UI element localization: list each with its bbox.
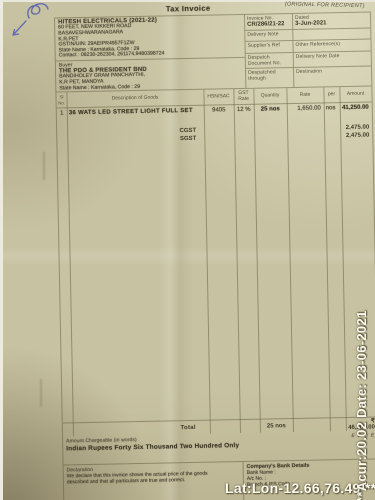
meta-label: Delivery Note — [247, 31, 290, 38]
declaration-block: Declaration We declare that this invoice… — [64, 462, 245, 500]
item-amount: 41,250.00 — [340, 104, 372, 111]
invoice-date: 3-Jun-2021 — [295, 20, 368, 28]
items-table: Sl No. Description of Goods HSN/SAC GST … — [55, 86, 375, 436]
item-quantity: 25 nos — [254, 106, 287, 113]
invoice-number: CR/286/21-22 — [247, 21, 290, 28]
meta-label: Despatched through — [248, 69, 291, 82]
pen-arrow-mark — [7, 19, 29, 41]
col-header-quantity: Quantity — [253, 93, 286, 99]
meta-label: Other Reference(s) — [295, 40, 368, 47]
col-header-hsn: HSN/SAC — [203, 94, 233, 100]
seller-block: HITESH ELECTRICALS (2021-22) 60 FEET, NE… — [55, 15, 245, 62]
meta-row: Despatched through Destination — [246, 66, 371, 88]
meta-label: Destination — [296, 67, 369, 74]
item-hsn: 9405 — [204, 107, 234, 114]
col-header-rate: Rate — [286, 92, 323, 98]
item-rate: 1,650.00 — [287, 105, 324, 112]
accuracy-date-overlay-text: **Acur:20.02 Date: 23-06-2021 — [354, 227, 369, 500]
col-header-gst-rate: GST Rate — [233, 91, 253, 102]
col-header-description: Description of Goods — [67, 95, 204, 103]
gps-overlay-text: Lat:Lon-12.66,76.49 ** — [225, 480, 375, 496]
item-description: 36 WATS LED STREET LIGHT FULL SET — [67, 108, 204, 117]
invoice-photo: Tax Invoice (ORIGINAL FOR RECIPIENT) HIT… — [0, 0, 375, 500]
declaration-text: We declare that this invoice shows the a… — [67, 471, 227, 485]
buyer-block: Buyer THE PDO & PRESIDENT BND BANDIHOLEY… — [56, 58, 246, 93]
total-label: Total — [73, 424, 210, 433]
item-sl: 1 — [57, 110, 67, 116]
invoice-meta-grid: Invoice No. CR/286/21-22 Dated 3-Jun-202… — [245, 12, 371, 87]
total-quantity: 25 nos — [260, 423, 293, 430]
paper-sheet: Tax Invoice (ORIGINAL FOR RECIPIENT) HIT… — [0, 0, 375, 500]
meta-label: Supplier's Ref — [247, 42, 290, 49]
page-title: Tax Invoice — [166, 4, 211, 14]
paper-smudge — [40, 379, 42, 407]
item-gst-rate: 12 % — [234, 107, 254, 113]
col-header-amount: Amount — [339, 91, 371, 97]
copy-type-label: (ORIGINAL FOR RECIPIENT) — [285, 1, 365, 9]
meta-label: Despatch Document No. — [248, 54, 291, 67]
item-per: nos — [324, 105, 340, 111]
invoice-form: HITESH ELECTRICALS (2021-22) 60 FEET, NE… — [54, 11, 375, 500]
amount-words-section: E & O E Amount Chargeable (in words) Ind… — [62, 430, 375, 465]
meta-label — [295, 29, 368, 30]
col-header-per: per — [323, 92, 339, 98]
party-column: HITESH ELECTRICALS (2021-22) 60 FEET, NE… — [55, 15, 246, 92]
paper-smudge — [43, 152, 45, 180]
parties-section: HITESH ELECTRICALS (2021-22) 60 FEET, NE… — [54, 11, 372, 92]
meta-label: Delivery Note Date — [296, 52, 369, 59]
col-header-sl: Sl No. — [56, 95, 66, 106]
